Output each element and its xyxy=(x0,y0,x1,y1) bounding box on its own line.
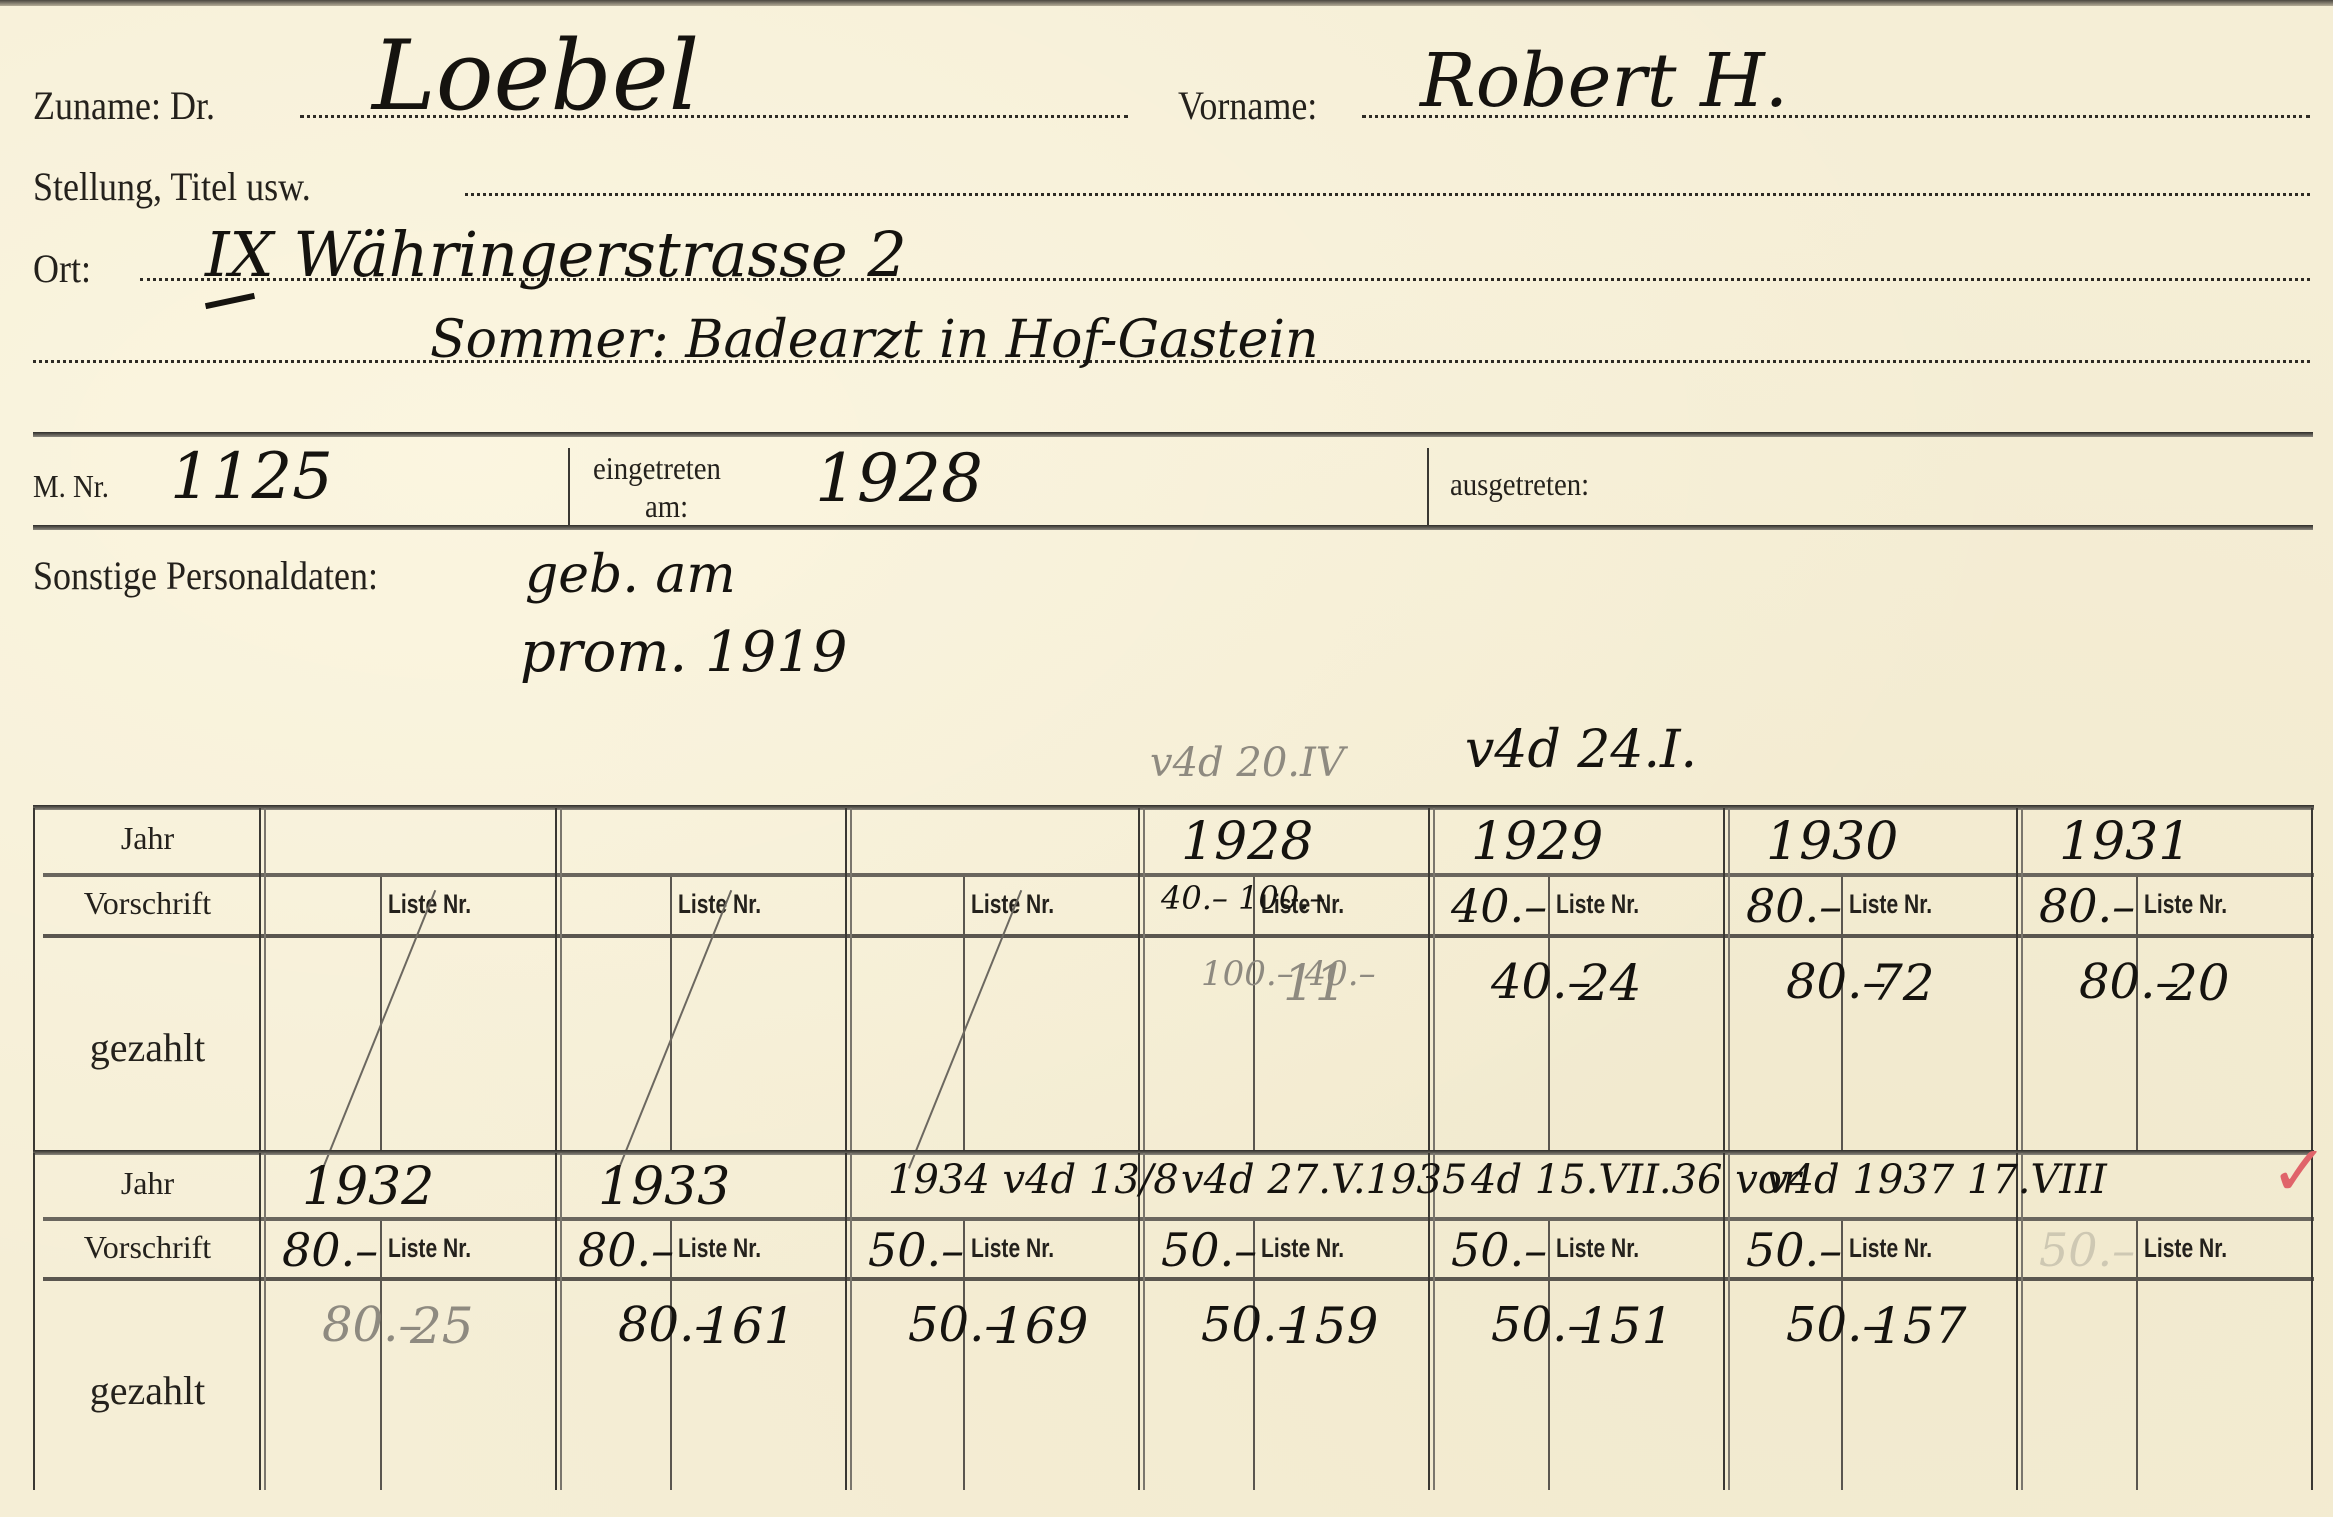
ledger-rule xyxy=(43,934,2314,938)
ledger-column-line xyxy=(2016,808,2018,1153)
cross-out-stroke xyxy=(908,890,1022,1169)
zuname-label: Zuname: Dr. xyxy=(33,82,215,129)
ledger-column-line xyxy=(560,1153,562,1490)
zuname-value: Loebel xyxy=(372,20,699,132)
ledger-column-line xyxy=(560,808,562,1153)
ledger-column-line xyxy=(845,808,847,1153)
ledger-rule xyxy=(33,805,2314,810)
liste-nr-header: Liste Nr. xyxy=(1556,1233,1639,1264)
ledger-column-line xyxy=(2021,808,2023,1153)
eingetreten-value: 1928 xyxy=(815,440,983,517)
ledger-rule xyxy=(43,873,2314,877)
ledger-column-line xyxy=(850,1153,852,1490)
cell-liste-nr: 169 xyxy=(993,1297,1088,1355)
ledger-column-line xyxy=(1728,1153,1730,1490)
annotation-1929: v4d 24.I. xyxy=(1465,720,1697,780)
cell-liste-nr: 157 xyxy=(1871,1297,1966,1355)
liste-column-line xyxy=(2136,877,2138,1153)
membership-top-rule xyxy=(33,432,2313,437)
cell-vorschrift: 50.– xyxy=(1161,1223,1257,1277)
ledger-column-line xyxy=(1138,1153,1140,1490)
ledger-border xyxy=(33,808,35,1153)
mnr-value: 1125 xyxy=(170,440,333,514)
checkmark-icon: ✓ xyxy=(2270,1130,2329,1212)
cross-out-stroke xyxy=(618,890,732,1169)
cell-liste-nr: 20 xyxy=(2166,954,2230,1012)
liste-column-line xyxy=(2136,1221,2138,1490)
cell-gezahlt: 40.– xyxy=(1491,954,1591,1010)
sonstige-line-1: geb. am xyxy=(525,545,736,605)
underline-mark xyxy=(205,293,255,309)
liste-column-line xyxy=(380,877,382,1153)
cell-liste-nr: 151 xyxy=(1578,1297,1673,1355)
cell-liste-nr: 159 xyxy=(1283,1297,1378,1355)
ledger-column-line xyxy=(1728,808,1730,1153)
liste-nr-header: Liste Nr. xyxy=(971,889,1054,920)
cell-gezahlt: 80.– xyxy=(2079,954,2179,1010)
card-top-edge xyxy=(0,0,2333,6)
ledger-rule xyxy=(43,1217,2314,1221)
liste-nr-header: Liste Nr. xyxy=(971,1233,1054,1264)
ledger-column-line xyxy=(2021,1153,2023,1490)
cell-vorschrift: 50.– xyxy=(2039,1223,2135,1277)
ort-value: IX Währingerstrasse 2 xyxy=(205,218,907,291)
cell-jahr: 1933 xyxy=(598,1157,730,1217)
cell-vorschrift: 40.– xyxy=(1451,879,1547,933)
liste-column-line xyxy=(1548,1221,1550,1490)
annotation-1928: v4d 20.IV xyxy=(1150,740,1345,786)
ledger-column-line xyxy=(259,1153,261,1490)
row-label-vorschrift: Vorschrift xyxy=(33,1229,262,1266)
ledger-column-line xyxy=(1433,808,1435,1153)
cell-vorschrift: 80.– xyxy=(578,1223,674,1277)
cell-jahr: 1929 xyxy=(1471,812,1603,872)
ledger-column-line xyxy=(264,808,266,1153)
cell-gezahlt: 80.– xyxy=(322,1297,422,1353)
liste-nr-header: Liste Nr. xyxy=(1261,1233,1344,1264)
membership-divider-2 xyxy=(1427,448,1429,526)
liste-nr-header: Liste Nr. xyxy=(1849,1233,1932,1264)
row-label-vorschrift: Vorschrift xyxy=(33,885,262,922)
cell-liste-nr: 24 xyxy=(1578,954,1642,1012)
ledger-column-line xyxy=(2016,1153,2018,1490)
ledger-column-line xyxy=(1723,808,1725,1153)
ledger-column-line xyxy=(1433,1153,1435,1490)
vorname-value: Robert H. xyxy=(1420,38,1788,124)
cell-gezahlt: 50.– xyxy=(1491,1297,1591,1353)
ledger-column-line xyxy=(555,1153,557,1490)
row-label-gezahlt: gezahlt xyxy=(33,1024,262,1071)
liste-column-line xyxy=(670,877,672,1153)
cell-vorschrift: 80.– xyxy=(1746,879,1842,933)
cell-jahr: 1932 xyxy=(302,1157,434,1217)
cell-jahr: 1930 xyxy=(1766,812,1898,872)
liste-nr-header: Liste Nr. xyxy=(2144,889,2227,920)
row-label-gezahlt: gezahlt xyxy=(33,1367,262,1414)
cell-vorschrift: 80.– xyxy=(2039,879,2135,933)
ledger-column-line xyxy=(1428,1153,1430,1490)
ledger-border xyxy=(33,1153,35,1490)
stellung-label: Stellung, Titel usw. xyxy=(33,163,311,210)
sonstige-line-2: prom. 1919 xyxy=(520,620,848,685)
cell-liste-nr: 11 xyxy=(1283,954,1347,1012)
cell-jahr: 1931 xyxy=(2059,812,2191,872)
cell-liste-nr: 161 xyxy=(700,1297,795,1355)
cell-liste-nr: 25 xyxy=(410,1297,474,1355)
ledger-column-line xyxy=(259,808,261,1153)
liste-nr-header: Liste Nr. xyxy=(1556,889,1639,920)
ledger-rule xyxy=(43,1277,2314,1281)
cell-vorschrift: 40.– 100.– xyxy=(1161,879,1325,917)
ort-value-2: Sommer: Badearzt in Hof-Gastein xyxy=(430,310,1318,370)
ort-label: Ort: xyxy=(33,245,91,292)
ledger-column-line xyxy=(1138,808,1140,1153)
ledger-column-line xyxy=(264,1153,266,1490)
sonstige-label: Sonstige Personaldaten: xyxy=(33,552,378,599)
liste-column-line xyxy=(380,1221,382,1490)
membership-divider-1 xyxy=(568,448,570,526)
cell-jahr: 1934 v4d 13/8 xyxy=(888,1157,1179,1203)
ledger-column-line xyxy=(1723,1153,1725,1490)
cell-vorschrift: 50.– xyxy=(868,1223,964,1277)
ledger-column-line xyxy=(1143,808,1145,1153)
cell-vorschrift: 80.– xyxy=(282,1223,378,1277)
ledger-column-line xyxy=(555,808,557,1153)
ausgetreten-label: ausgetreten: xyxy=(1450,466,1589,503)
ledger-column-line xyxy=(845,1153,847,1490)
liste-column-line xyxy=(1253,877,1255,1153)
cell-vorschrift: 50.– xyxy=(1746,1223,1842,1277)
eingetreten-label: eingetreten xyxy=(593,450,721,487)
cell-jahr: v4d 1937 17.VIII xyxy=(1766,1157,2107,1203)
ledger-column-line xyxy=(850,808,852,1153)
ledger-rule xyxy=(33,1150,2314,1155)
mnr-label: M. Nr. xyxy=(33,468,109,505)
cell-jahr: v4d 27.V.1935 xyxy=(1181,1157,1467,1203)
stellung-line xyxy=(465,193,2310,196)
liste-nr-header: Liste Nr. xyxy=(1849,889,1932,920)
cell-liste-nr: 72 xyxy=(1871,954,1935,1012)
ledger-column-line xyxy=(2311,808,2313,1153)
cell-vorschrift: 50.– xyxy=(1451,1223,1547,1277)
cell-jahr: 1928 xyxy=(1181,812,1313,872)
liste-nr-header: Liste Nr. xyxy=(2144,1233,2227,1264)
liste-nr-header: Liste Nr. xyxy=(388,1233,471,1264)
row-label-jahr: Jahr xyxy=(33,1165,262,1202)
liste-column-line xyxy=(963,877,965,1153)
liste-column-line xyxy=(1548,877,1550,1153)
cell-jahr: 4d 15.VII.36 vor xyxy=(1471,1157,1801,1203)
ledger-column-line xyxy=(1428,808,1430,1153)
ledger-column-line xyxy=(1143,1153,1145,1490)
row-label-jahr: Jahr xyxy=(33,820,262,857)
membership-bottom-rule xyxy=(33,525,2313,530)
eingetreten-label-am: am: xyxy=(645,488,688,525)
liste-nr-header: Liste Nr. xyxy=(678,1233,761,1264)
vorname-label: Vorname: xyxy=(1178,82,1317,129)
